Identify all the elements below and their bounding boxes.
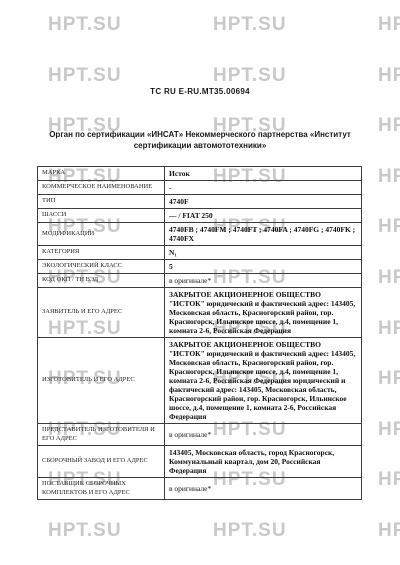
watermark-text: HPT.SU	[48, 65, 122, 87]
row-label: КАТЕГОРИЯ	[38, 246, 165, 260]
certification-body-title: Орган по сертификации «ИНСАТ» Некоммерче…	[35, 129, 365, 151]
row-value: ЗАКРЫТОЕ АКЦИОНЕРНОЕ ОБЩЕСТВО "ИСТОК" юр…	[165, 288, 362, 338]
spec-table-body: МАРКАИстокКОММЕРЧЕСКОЕ НАИМЕНОВАНИЕ-ТИП4…	[38, 167, 362, 500]
watermark-text: HPT.SU	[378, 166, 400, 188]
spec-table: МАРКАИстокКОММЕРЧЕСКОЕ НАИМЕНОВАНИЕ-ТИП4…	[37, 166, 362, 500]
row-value: ЗАКРЫТОЕ АКЦИОНЕРНОЕ ОБЩЕСТВО "ИСТОК" юр…	[165, 338, 362, 424]
row-label: МАРКА	[38, 167, 165, 181]
row-value: N₁	[165, 246, 362, 260]
row-value: 4740FB ; 4740FM ; 4740FT ; 4740FA ; 4740…	[165, 223, 362, 246]
table-row: МАРКАИсток	[38, 167, 362, 181]
row-label: ЭКОЛОГИЧЕСКИЙ КЛАСС	[38, 260, 165, 274]
row-label: ШАССИ	[38, 209, 165, 223]
row-label: КОММЕРЧЕСКОЕ НАИМЕНОВАНИЕ	[38, 181, 165, 195]
watermark-text: HPT.SU	[378, 520, 400, 542]
watermark-text: HPT.SU	[213, 14, 287, 36]
table-row: МОДИФИКАЦИИ4740FB ; 4740FM ; 4740FT ; 47…	[38, 223, 362, 246]
table-row: ПОСТАВЩИК СБОРОЧНЫХ КОМПЛЕКТОВ И ЕГО АДР…	[38, 478, 362, 500]
document-page: HPT.SUHPT.SUHPT.SUHPT.SUHPT.SUHPT.SUHPT.…	[0, 0, 400, 565]
row-label: ЗАЯВИТЕЛЬ И ЕГО АДРЕС	[38, 288, 165, 338]
row-label: ПРЕДСТАВИТЕЛЬ ИЗГОТОВИТЕЛЯ И ЕГО АДРЕС	[38, 424, 165, 446]
row-value: в оригинале*	[165, 424, 362, 446]
row-value: -	[165, 181, 362, 195]
row-label: СБОРОЧНЫЙ ЗАВОД И ЕГО АДРЕС	[38, 446, 165, 478]
watermark-text: HPT.SU	[48, 14, 122, 36]
row-value: в оригинале*	[165, 274, 362, 288]
watermark-text: HPT.SU	[378, 115, 400, 137]
watermark-text: HPT.SU	[378, 14, 400, 36]
watermark-text: HPT.SU	[378, 368, 400, 390]
watermark-text: HPT.SU	[378, 419, 400, 441]
table-row: КОММЕРЧЕСКОЕ НАИМЕНОВАНИЕ-	[38, 181, 362, 195]
table-row: ПРЕДСТАВИТЕЛЬ ИЗГОТОВИТЕЛЯ И ЕГО АДРЕСв …	[38, 424, 362, 446]
watermark-text: HPT.SU	[48, 520, 122, 542]
table-row: ЗАЯВИТЕЛЬ И ЕГО АДРЕСЗАКРЫТОЕ АКЦИОНЕРНО…	[38, 288, 362, 338]
table-row: КАТЕГОРИЯN₁	[38, 246, 362, 260]
table-row: ЭКОЛОГИЧЕСКИЙ КЛАСС5	[38, 260, 362, 274]
row-value: в оригинале*	[165, 478, 362, 500]
row-value: 5	[165, 260, 362, 274]
table-row: ИЗГОТОВИТЕЛЬ И ЕГО АДРЕСЗАКРЫТОЕ АКЦИОНЕ…	[38, 338, 362, 424]
row-label: КОД ОКП / ТН ВЭД	[38, 274, 165, 288]
row-label: ПОСТАВЩИК СБОРОЧНЫХ КОМПЛЕКТОВ И ЕГО АДР…	[38, 478, 165, 500]
watermark-text: HPT.SU	[378, 216, 400, 238]
row-value: 143405, Московская область, город Красно…	[165, 446, 362, 478]
watermark-text: HPT.SU	[213, 520, 287, 542]
row-label: ИЗГОТОВИТЕЛЬ И ЕГО АДРЕС	[38, 338, 165, 424]
row-value: Исток	[165, 167, 362, 181]
row-label: ТИП	[38, 195, 165, 209]
row-value: — / FIAT 250	[165, 209, 362, 223]
row-value: 4740F	[165, 195, 362, 209]
table-row: СБОРОЧНЫЙ ЗАВОД И ЕГО АДРЕС143405, Моско…	[38, 446, 362, 478]
watermark-text: HPT.SU	[378, 267, 400, 289]
row-label: МОДИФИКАЦИИ	[38, 223, 165, 246]
table-row: КОД ОКП / ТН ВЭДв оригинале*	[38, 274, 362, 288]
table-row: ТИП4740F	[38, 195, 362, 209]
watermark-text: HPT.SU	[378, 318, 400, 340]
watermark-text: HPT.SU	[213, 65, 287, 87]
table-row: ШАССИ— / FIAT 250	[38, 209, 362, 223]
watermark-text: HPT.SU	[378, 469, 400, 491]
watermark-text: HPT.SU	[378, 65, 400, 87]
certificate-number: ТС RU E-RU.МТ35.00694	[0, 87, 400, 96]
